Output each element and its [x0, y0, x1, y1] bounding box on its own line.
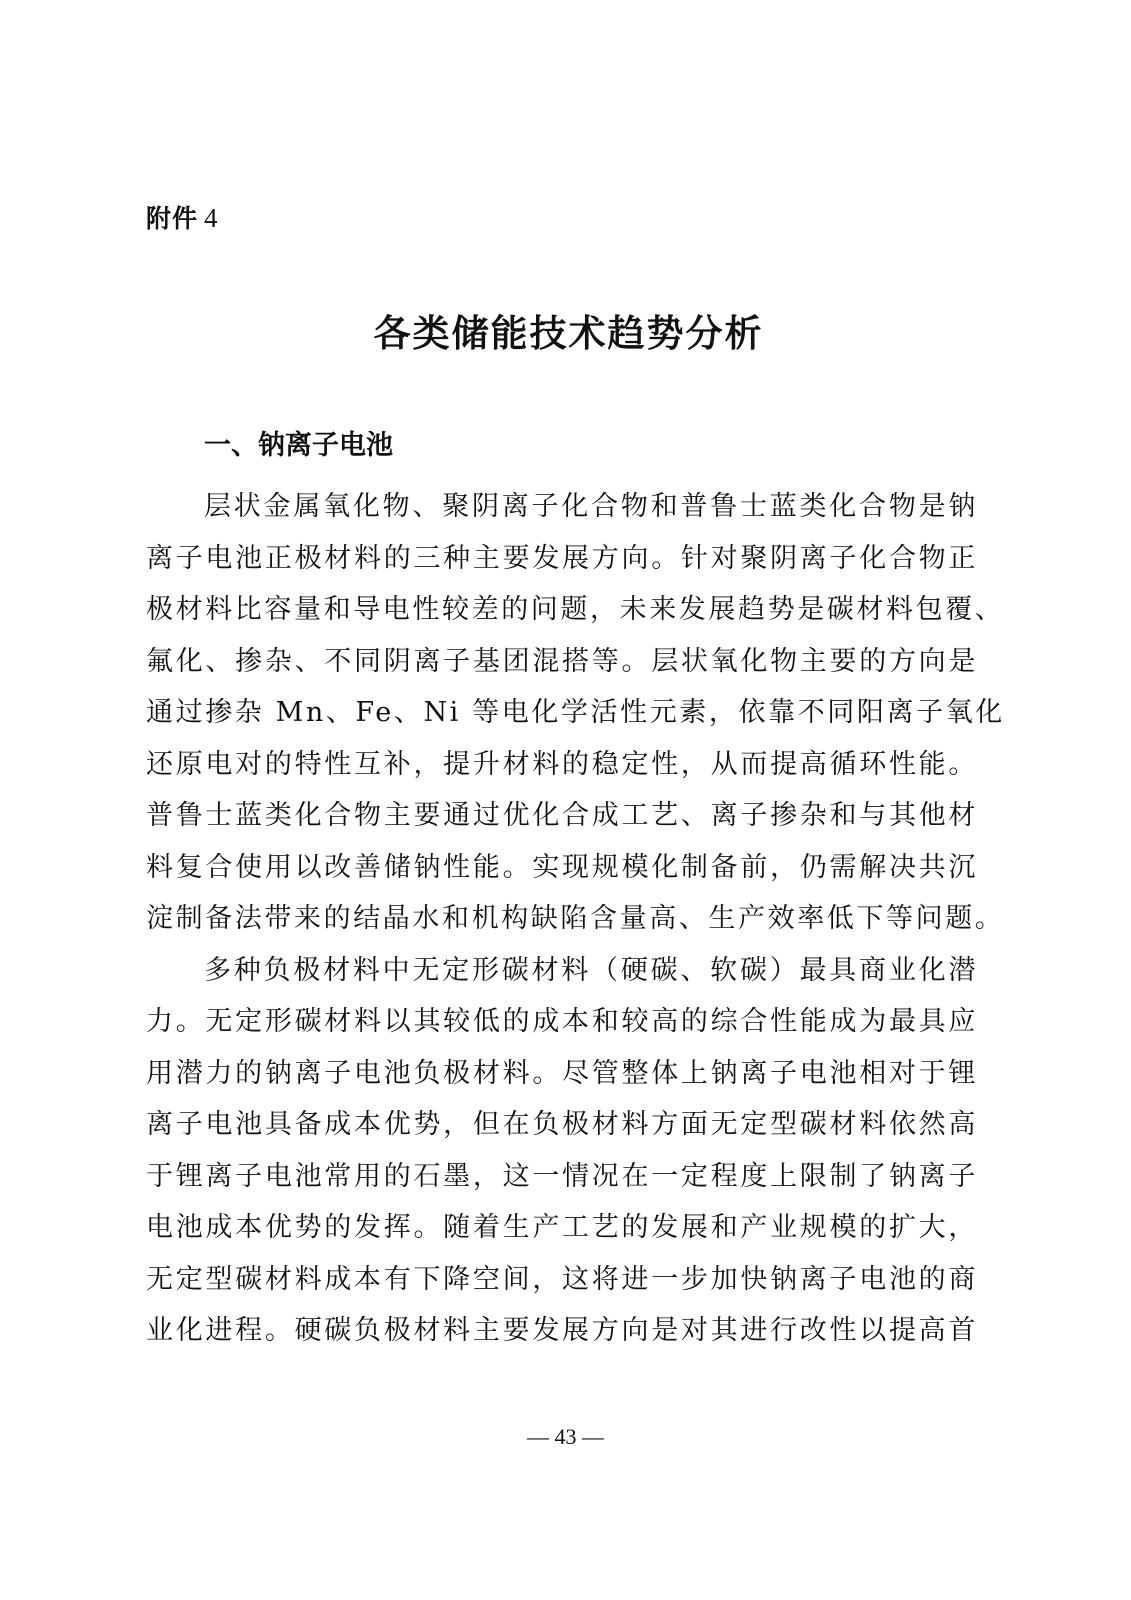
paragraph-cathode: 层状金属氧化物、聚阴离子化合物和普鲁士蓝类化合物是钠 离子电池正极材料的三种主要… — [146, 481, 978, 945]
text-line: 离子电池具备成本优势，但在负极材料方面无定型碳材料依然高 — [146, 1099, 978, 1151]
text-line: 普鲁士蓝类化合物主要通过优化合成工艺、离子掺杂和与其他材 — [146, 790, 978, 842]
paragraph-anode: 多种负极材料中无定形碳材料（硬碳、软碳）最具商业化潜 力。无定形碳材料以其较低的… — [146, 945, 978, 1357]
text-line: 通过掺杂 Mn、Fe、Ni 等电化学活性元素，依靠不同阳离子氧化 — [146, 687, 978, 739]
text-line: 无定型碳材料成本有下降空间，这将进一步加快钠离子电池的商 — [146, 1254, 978, 1306]
text-line: 极材料比容量和导电性较差的问题，未来发展趋势是碳材料包覆、 — [146, 584, 978, 636]
text-line: 层状金属氧化物、聚阴离子化合物和普鲁士蓝类化合物是钠 — [146, 481, 978, 533]
attachment-label: 附件4 — [146, 198, 219, 239]
attachment-number: 4 — [204, 203, 219, 233]
text-line: 淀制备法带来的结晶水和机构缺陷含量高、生产效率低下等问题。 — [146, 893, 978, 945]
text-line: 于锂离子电池常用的石墨，这一情况在一定程度上限制了钠离子 — [146, 1151, 978, 1203]
text-line: 料复合使用以改善储钠性能。实现规模化制备前，仍需解决共沉 — [146, 842, 978, 894]
text-line: 电池成本优势的发挥。随着生产工艺的发展和产业规模的扩大， — [146, 1202, 978, 1254]
text-line: 业化进程。硬碳负极材料主要发展方向是对其进行改性以提高首 — [146, 1305, 978, 1357]
text-line: 多种负极材料中无定形碳材料（硬碳、软碳）最具商业化潜 — [146, 945, 978, 997]
text-line: 用潜力的钠离子电池负极材料。尽管整体上钠离子电池相对于锂 — [146, 1048, 978, 1100]
text-line: 氟化、掺杂、不同阴离子基团混搭等。层状氧化物主要的方向是 — [146, 636, 978, 688]
attachment-label-text: 附件 — [146, 204, 198, 233]
page-number: — 43 — — [0, 1422, 1131, 1452]
section-heading: 一、钠离子电池 — [204, 424, 393, 468]
body-text: 层状金属氧化物、聚阴离子化合物和普鲁士蓝类化合物是钠 离子电池正极材料的三种主要… — [146, 481, 978, 1357]
text-line: 还原电对的特性互补，提升材料的稳定性，从而提高循环性能。 — [146, 739, 978, 791]
text-line: 力。无定形碳材料以其较低的成本和较高的综合性能成为最具应 — [146, 996, 978, 1048]
page-title: 各类储能技术趋势分析 — [0, 306, 1131, 362]
text-line: 离子电池正极材料的三种主要发展方向。针对聚阴离子化合物正 — [146, 533, 978, 585]
